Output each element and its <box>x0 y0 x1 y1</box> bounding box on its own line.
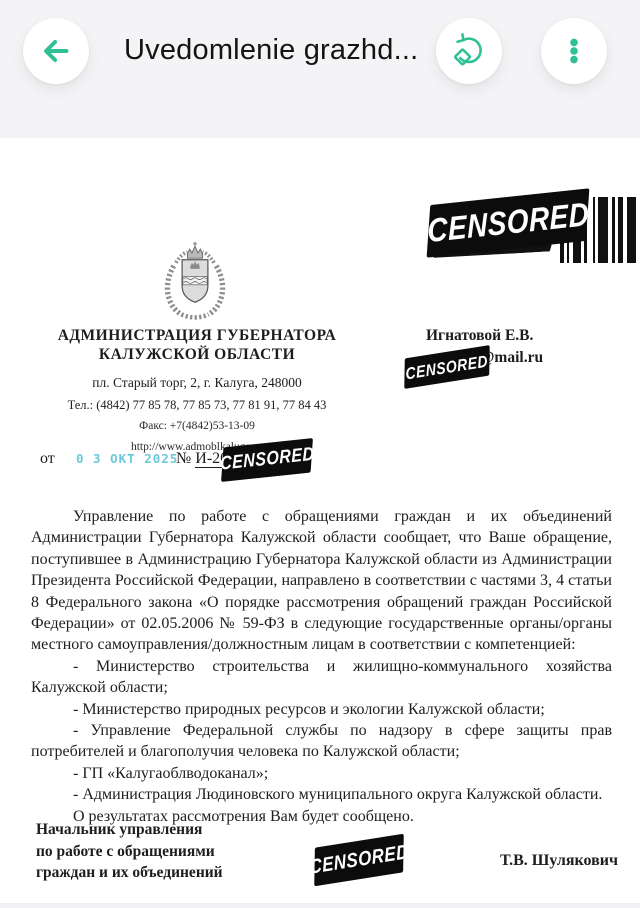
letterhead: АДМИНИСТРАЦИЯ ГУБЕРНАТОРА КАЛУЖСКОЙ ОБЛА… <box>36 326 358 453</box>
kebab-menu-icon <box>555 32 593 70</box>
censored-stamp-label: CENSORED <box>220 444 315 475</box>
org-phone: Тел.: (4842) 77 85 78, 77 85 73, 77 81 9… <box>36 398 358 413</box>
screen: Uvedomlenie grazhd... CENSORED <box>0 0 640 908</box>
back-arrow-icon <box>37 32 75 70</box>
body-paragraph: Управление по работе с обращениями гражд… <box>31 506 612 656</box>
org-fax: Факс: +7(4842)53-13-09 <box>36 420 358 432</box>
body-list-item: - Администрация Людиновского муниципальн… <box>31 784 612 805</box>
censored-stamp-label: CENSORED <box>405 351 489 383</box>
body-list-item: - Министерство природных ресурсов и экол… <box>31 699 612 720</box>
signature-title-line: Начальник управления <box>36 819 223 841</box>
censored-stamp-email: CENSORED <box>404 345 489 389</box>
body-list-item: - ГП «Калугаоблводоканал»; <box>31 763 612 784</box>
org-address: пл. Старый торг, 2, г. Калуга, 248000 <box>36 375 358 391</box>
coat-of-arms-icon <box>157 240 233 327</box>
rotate-button[interactable] <box>436 18 502 84</box>
censored-stamp-signature: CENSORED <box>314 834 404 887</box>
ref-from-label: от <box>40 450 55 468</box>
signature-title-line: по работе с обращениями <box>36 841 223 863</box>
censored-stamp-label: CENSORED <box>426 196 589 251</box>
censored-stamp-label: CENSORED <box>308 840 409 879</box>
signer-name: Т.В. Шулякович <box>500 852 618 870</box>
letter-body: Управление по работе с обращениями гражд… <box>31 506 612 827</box>
body-list-item: - Управление Федеральной службы по надзо… <box>31 720 612 763</box>
page-title: Uvedomlenie grazhd... <box>124 34 418 67</box>
document-page: CENSORED АДМИНИСТРАЦИЯ ГУБЕРНАТОРА КАЛУЖ… <box>0 138 640 908</box>
menu-button[interactable] <box>541 18 607 84</box>
body-list-item: - Министерство строительства и жилищно-к… <box>31 656 612 699</box>
ref-number-label: № <box>176 450 195 467</box>
date-stamp: 0 3 ОКТ 2025 <box>76 451 178 466</box>
signature-title-line: граждан и их объединений <box>36 862 223 884</box>
rotate-icon <box>450 32 488 70</box>
back-button[interactable] <box>23 18 89 84</box>
signature-title: Начальник управления по работе с обращен… <box>36 819 223 884</box>
org-name-line2: КАЛУЖСКОЙ ОБЛАСТИ <box>36 345 358 364</box>
recipient-name: Игнатовой Е.В. <box>426 327 533 345</box>
app-bar <box>0 0 640 138</box>
org-name-line1: АДМИНИСТРАЦИЯ ГУБЕРНАТОРА <box>36 326 358 345</box>
page-bottom-edge <box>0 903 640 908</box>
